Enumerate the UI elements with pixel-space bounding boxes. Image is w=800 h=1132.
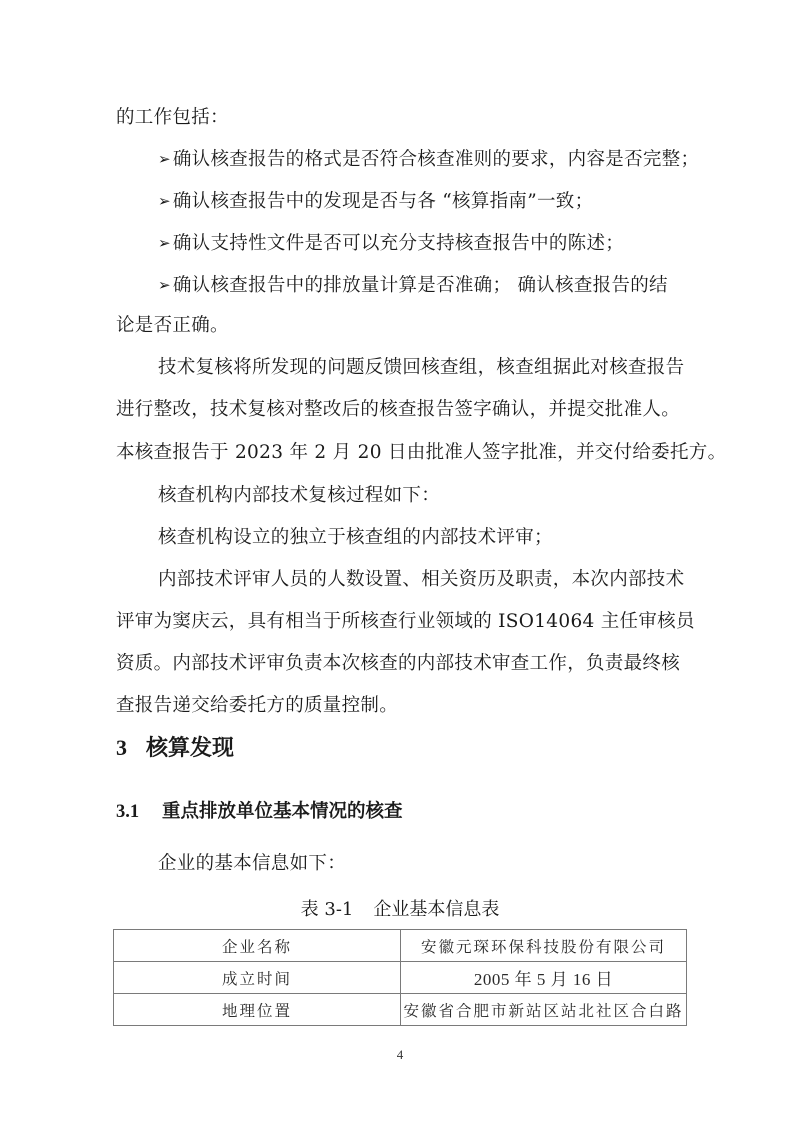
body-line-text: 核查机构设立的独立于核查组的内部技术评审；: [158, 527, 553, 548]
body-line: 的工作包括：: [116, 105, 686, 131]
table-caption-title: 企业基本信息表: [373, 899, 499, 920]
company-info-table: 企业名称 安徽元琛环保科技股份有限公司 成立时间 2005 年 5 月 16 日…: [113, 929, 687, 1026]
subsection-number: 3.1: [116, 798, 162, 826]
bullet-item-text: 确认核查报告的格式是否符合核查准则的要求，内容是否完整；: [173, 149, 699, 170]
arrow-bullet-icon: ➢: [158, 188, 171, 214]
table-cell-key: 地理位置: [114, 994, 401, 1026]
table-row: 企业名称 安徽元琛环保科技股份有限公司: [114, 930, 687, 962]
body-line-text: 评审为窦庆云，具有相当于所核查行业领域的 ISO14064 主任审核员: [116, 611, 695, 632]
body-line-text: 核查机构内部技术复核过程如下：: [158, 485, 440, 506]
body-line: 内部技术评审人员的人数设置、相关资历及职责，本次内部技术: [158, 567, 728, 593]
bullet-item: ➢确认核查报告的格式是否符合核查准则的要求，内容是否完整；: [158, 147, 728, 173]
body-line: 论是否正确。: [116, 313, 686, 339]
arrow-bullet-icon: ➢: [158, 272, 171, 298]
table-intro: 企业的基本信息如下：: [158, 851, 728, 877]
body-line-text: 技术复核将所发现的问题反馈回核查组，核查组据此对核查报告: [158, 357, 684, 378]
body-line: 资质。内部技术评审负责本次核查的内部技术审查工作，负责最终核: [116, 651, 686, 677]
table-cell-value: 安徽省合肥市新站区站北社区合白路: [401, 994, 687, 1026]
arrow-bullet-icon: ➢: [158, 230, 171, 256]
section-heading: 3核算发现: [116, 733, 234, 764]
bullet-item-text: 确认支持性文件是否可以充分支持核查报告中的陈述；: [173, 233, 624, 254]
table-intro-text: 企业的基本信息如下：: [158, 853, 346, 874]
body-line: 进行整改，技术复核对整改后的核查报告签字确认，并提交批准人。: [116, 397, 686, 423]
body-line-text: 进行整改，技术复核对整改后的核查报告签字确认，并提交批准人。: [116, 399, 680, 420]
section-number: 3: [116, 733, 146, 763]
bullet-item: ➢确认核查报告中的发现是否与各 “核算指南”一致；: [158, 189, 728, 215]
arrow-bullet-icon: ➢: [158, 146, 171, 172]
body-line-text: 本核查报告于 2023 年 2 月 20 日由批准人签字批准，并交付给委托方。: [116, 442, 726, 463]
subsection-title: 重点排放单位基本情况的核查: [162, 801, 403, 822]
body-line: 核查机构设立的独立于核查组的内部技术评审；: [158, 525, 728, 551]
body-line: 核查机构内部技术复核过程如下：: [158, 483, 728, 509]
table-cell-value: 2005 年 5 月 16 日: [401, 962, 687, 994]
bullet-item: ➢确认核查报告中的排放量计算是否准确； 确认核查报告的结: [158, 273, 728, 299]
bullet-item: ➢确认支持性文件是否可以充分支持核查报告中的陈述；: [158, 231, 728, 257]
bullet-item-text: 确认核查报告中的排放量计算是否准确； 确认核查报告的结: [173, 275, 668, 296]
table-caption: 表 3-1企业基本信息表: [0, 897, 800, 923]
table-cell-value: 安徽元琛环保科技股份有限公司: [401, 930, 687, 962]
body-line: 查报告递交给委托方的质量控制。: [116, 693, 686, 719]
table-caption-number: 表 3-1: [301, 899, 354, 920]
subsection-heading: 3.1重点排放单位基本情况的核查: [116, 798, 403, 826]
table-cell-key: 企业名称: [114, 930, 401, 962]
bullet-item-text: 确认核查报告中的发现是否与各 “核算指南”一致；: [173, 191, 594, 212]
body-line: 本核查报告于 2023 年 2 月 20 日由批准人签字批准，并交付给委托方。: [116, 440, 686, 466]
table-row: 地理位置 安徽省合肥市新站区站北社区合白路: [114, 994, 687, 1026]
table-row: 成立时间 2005 年 5 月 16 日: [114, 962, 687, 994]
page-number: 4: [0, 1047, 800, 1063]
body-line-text: 资质。内部技术评审负责本次核查的内部技术审查工作，负责最终核: [116, 653, 680, 674]
body-line-text: 的工作包括：: [116, 107, 229, 128]
body-line-text: 内部技术评审人员的人数设置、相关资历及职责，本次内部技术: [158, 569, 684, 590]
body-line-text: 论是否正确。: [116, 315, 229, 336]
table-cell-key: 成立时间: [114, 962, 401, 994]
body-line: 技术复核将所发现的问题反馈回核查组，核查组据此对核查报告: [158, 355, 728, 381]
body-line: 评审为窦庆云，具有相当于所核查行业领域的 ISO14064 主任审核员: [116, 609, 686, 635]
body-line-text: 查报告递交给委托方的质量控制。: [116, 695, 398, 716]
section-title: 核算发现: [146, 736, 234, 761]
